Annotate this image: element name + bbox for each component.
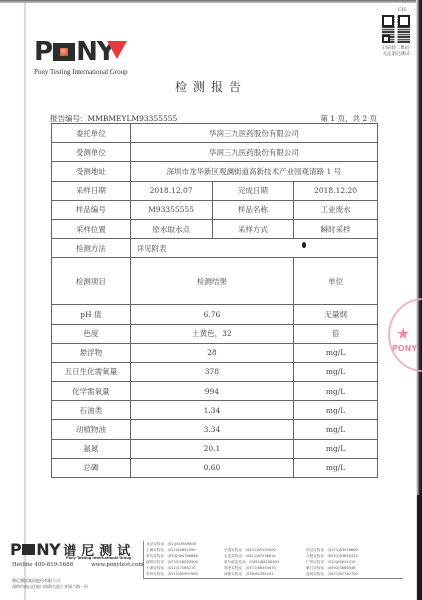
stamp-text: PONY	[392, 344, 417, 353]
result-value: 994	[130, 382, 293, 401]
result-unit: 倍	[294, 324, 378, 343]
footer-company-address: 深圳市南山区蛇口南海大道工业园六路一层	[12, 584, 88, 590]
scan-top-shadow	[0, 0, 422, 3]
lab-entry: 郑州实验室：(0371)86250670	[224, 566, 306, 572]
footer-divider-vertical	[143, 541, 144, 579]
result-unit: mg/L	[294, 439, 378, 458]
table-row: 悬浮物 28 mg/L	[52, 343, 378, 362]
results-header-item: 检测项目	[52, 258, 131, 305]
footer-wordmark: P N Y	[10, 542, 60, 558]
lab-entry: 成都实验室：(028)84394181	[224, 572, 306, 578]
lab-entry: 天津实验室：(022)27168770	[146, 566, 224, 572]
footer-company: 谱尼测试集团股份有限公司 深圳市南山区蛇口南海大道工业园六路一层	[12, 578, 88, 590]
table-row: 氨氮 20.1 mg/L	[52, 439, 378, 458]
qr-corner-icon	[382, 35, 390, 43]
ink-spot-mark	[302, 242, 306, 248]
sampling-date-value: 2018.12.07	[130, 181, 212, 200]
lab-entry: 青岛实验室：(0532)84766666	[146, 554, 224, 560]
logo-letter-o-icon	[53, 43, 75, 61]
result-value: 20.1	[130, 439, 293, 458]
row-sample-id: 样品编号 M93355555 样品名称 工业废水	[52, 200, 378, 219]
footer-hotline: Hotline 400-819-5688	[12, 562, 73, 568]
result-item: 五日生化需氧量	[52, 362, 131, 381]
sampling-method-value: 瞬时采样	[294, 219, 378, 238]
pony-logo: P N Y Pony Testing International Group	[34, 40, 154, 72]
result-unit: 无量纲	[294, 305, 378, 324]
row-tested-address: 受测地址 深圳市龙华新区观澜街道高新技术产业园观清路 1 号	[52, 162, 378, 181]
logo-subtitle: Pony Testing International Group	[34, 68, 154, 76]
lab-entry: 武汉实验室：(0271)83976660	[306, 548, 390, 554]
sample-id-label: 样品编号	[52, 200, 131, 219]
footer-letter-y: Y	[49, 542, 60, 558]
result-item: 总磷	[52, 458, 131, 477]
result-unit: mg/L	[294, 343, 378, 362]
footer-letter-n: N	[36, 542, 49, 558]
sampling-location-label: 采样位置	[52, 219, 131, 238]
result-item: 化学需氧量	[52, 382, 131, 401]
result-value: 0.60	[130, 458, 293, 477]
result-unit: mg/L	[294, 362, 378, 381]
result-item: 动植物油	[52, 420, 131, 439]
lab-entry: 北京实验室：(01)(8)3659800	[146, 542, 224, 548]
row-client: 委托单位 华润三九医药股份有限公司	[52, 124, 378, 143]
results-header-result: 检测结果	[130, 258, 293, 305]
lab-entry: 大连实验室：(0411)8723661x	[224, 554, 306, 560]
lab-entry	[306, 542, 390, 548]
result-item: 石油类	[52, 401, 131, 420]
footer-letter-p: P	[10, 542, 21, 558]
scan-right-edge-dark	[417, 495, 422, 600]
official-seal-stamp: ★ PONY	[388, 298, 422, 376]
sample-name-label: 样品名称	[212, 200, 294, 219]
lab-entry: 长春实验室：(0431)85150000	[224, 548, 306, 554]
test-method-value: 详见附表	[130, 239, 377, 258]
table-row: pH 值 6.76 无量纲	[52, 305, 378, 324]
result-item: 悬浮物	[52, 343, 131, 362]
test-method-label: 检测方法	[52, 239, 131, 258]
lab-entry: 深圳实验室：(0755)26050909	[146, 560, 224, 566]
tested-address-label: 受测地址	[52, 162, 131, 181]
table-row: 总磷 0.60 mg/L	[52, 458, 378, 477]
result-value: 土黄色，32	[130, 324, 293, 343]
footer-divider-horizontal	[143, 578, 403, 579]
result-unit: mg/L	[294, 458, 378, 477]
result-item: 色度	[52, 324, 131, 343]
client-label: 委托单位	[52, 124, 131, 143]
row-sampling-location: 采样位置 原水取水点 采样方式 瞬时采样	[52, 219, 378, 238]
logo-wordmark: P N Y	[34, 40, 154, 64]
result-unit: mg/L	[294, 382, 378, 401]
sample-name-value: 工业废水	[294, 200, 378, 219]
result-value: 6.76	[130, 305, 293, 324]
sampling-method-label: 采样方式	[212, 219, 294, 238]
lab-entry	[224, 542, 306, 548]
lab-entry: 上海实验室：(021)64851999	[146, 548, 224, 554]
footer-brand-en: Pony Testing International Group	[66, 556, 131, 560]
footer-letter-o-icon	[22, 544, 35, 555]
lab-entry: 哈尔滨实验室：(0451)88184651	[224, 560, 306, 566]
result-value: 3.34	[130, 420, 293, 439]
result-unit: mg/L	[294, 420, 378, 439]
result-unit: mg/L	[294, 401, 378, 420]
tested-address-value: 深圳市龙华新区观澜街道高新技术产业园观清路 1 号	[130, 162, 377, 181]
qr-caption: 扫码验二维码 关注谱尼测试	[380, 46, 412, 57]
report-table: 委托单位 华润三九医药股份有限公司 受测单位 华润三九医药股份有限公司 受测地址…	[51, 123, 378, 478]
table-row: 五日生化需氧量 378 mg/L	[52, 362, 378, 381]
tested-unit-value: 华润三九医药股份有限公司	[130, 143, 377, 162]
footer-website[interactable]: www.ponytest.com	[91, 562, 144, 568]
lab-entry: 合肥实验室：(0551)63845434	[306, 554, 390, 560]
lab-entry: 苏州实验室：(0512)62997980	[146, 572, 224, 578]
footer-contact: Hotline 400-819-5688 www.ponytest.com	[12, 562, 144, 568]
results-header-row: 检测项目 检测结果 单位	[52, 258, 378, 305]
row-tested-unit: 受测单位 华润三九医药股份有限公司	[52, 143, 378, 162]
page-title: 检测报告	[0, 78, 422, 95]
qr-code-icon[interactable]	[382, 15, 410, 43]
table-row: 石油类 1.34 mg/L	[52, 401, 378, 420]
footer-lab-directory: 北京实验室：(01)(8)3659800 上海实验室：(021)64851999…	[146, 542, 408, 578]
result-value: 378	[130, 362, 293, 381]
logo-red-triangle-icon	[107, 41, 127, 59]
qr-code-label: CH	[398, 7, 406, 13]
logo-letter-n: N	[76, 40, 97, 64]
row-sampling-date: 采样日期 2018.12.07 完成日期 2018.12.20	[52, 181, 378, 200]
completion-date-value: 2018.12.20	[294, 181, 378, 200]
table-row: 动植物油 3.34 mg/L	[52, 420, 378, 439]
results-header-unit: 单位	[294, 258, 378, 305]
logo-letter-p: P	[34, 40, 52, 64]
lab-entry: 广州实验室：(020)89224310	[306, 560, 390, 566]
result-value: 1.34	[130, 401, 293, 420]
client-value: 华润三九医药股份有限公司	[130, 124, 377, 143]
sampling-location-value: 原水取水点	[130, 219, 212, 238]
stamp-star-icon: ★	[396, 324, 410, 343]
table-row: 色度 土黄色，32 倍	[52, 324, 378, 343]
report-number-value: MMBMEYLM93355555	[88, 114, 178, 123]
report-number-label: 报告编号：	[50, 114, 88, 123]
completion-date-label: 完成日期	[212, 181, 294, 200]
lab-entry: 厦门实验室：(0592)5680046	[306, 566, 390, 572]
result-item: 氨氮	[52, 439, 131, 458]
sample-id-value: M93355555	[130, 200, 212, 219]
sampling-date-label: 采样日期	[52, 181, 131, 200]
tested-unit-label: 受测单位	[52, 143, 131, 162]
table-row: 化学需氧量 994 mg/L	[52, 382, 378, 401]
lab-entry: 昆明实验室：(0871)67782700	[306, 572, 390, 578]
result-item: pH 值	[52, 305, 131, 324]
row-test-method: 检测方法 详见附表	[52, 239, 378, 258]
result-value: 28	[130, 343, 293, 362]
